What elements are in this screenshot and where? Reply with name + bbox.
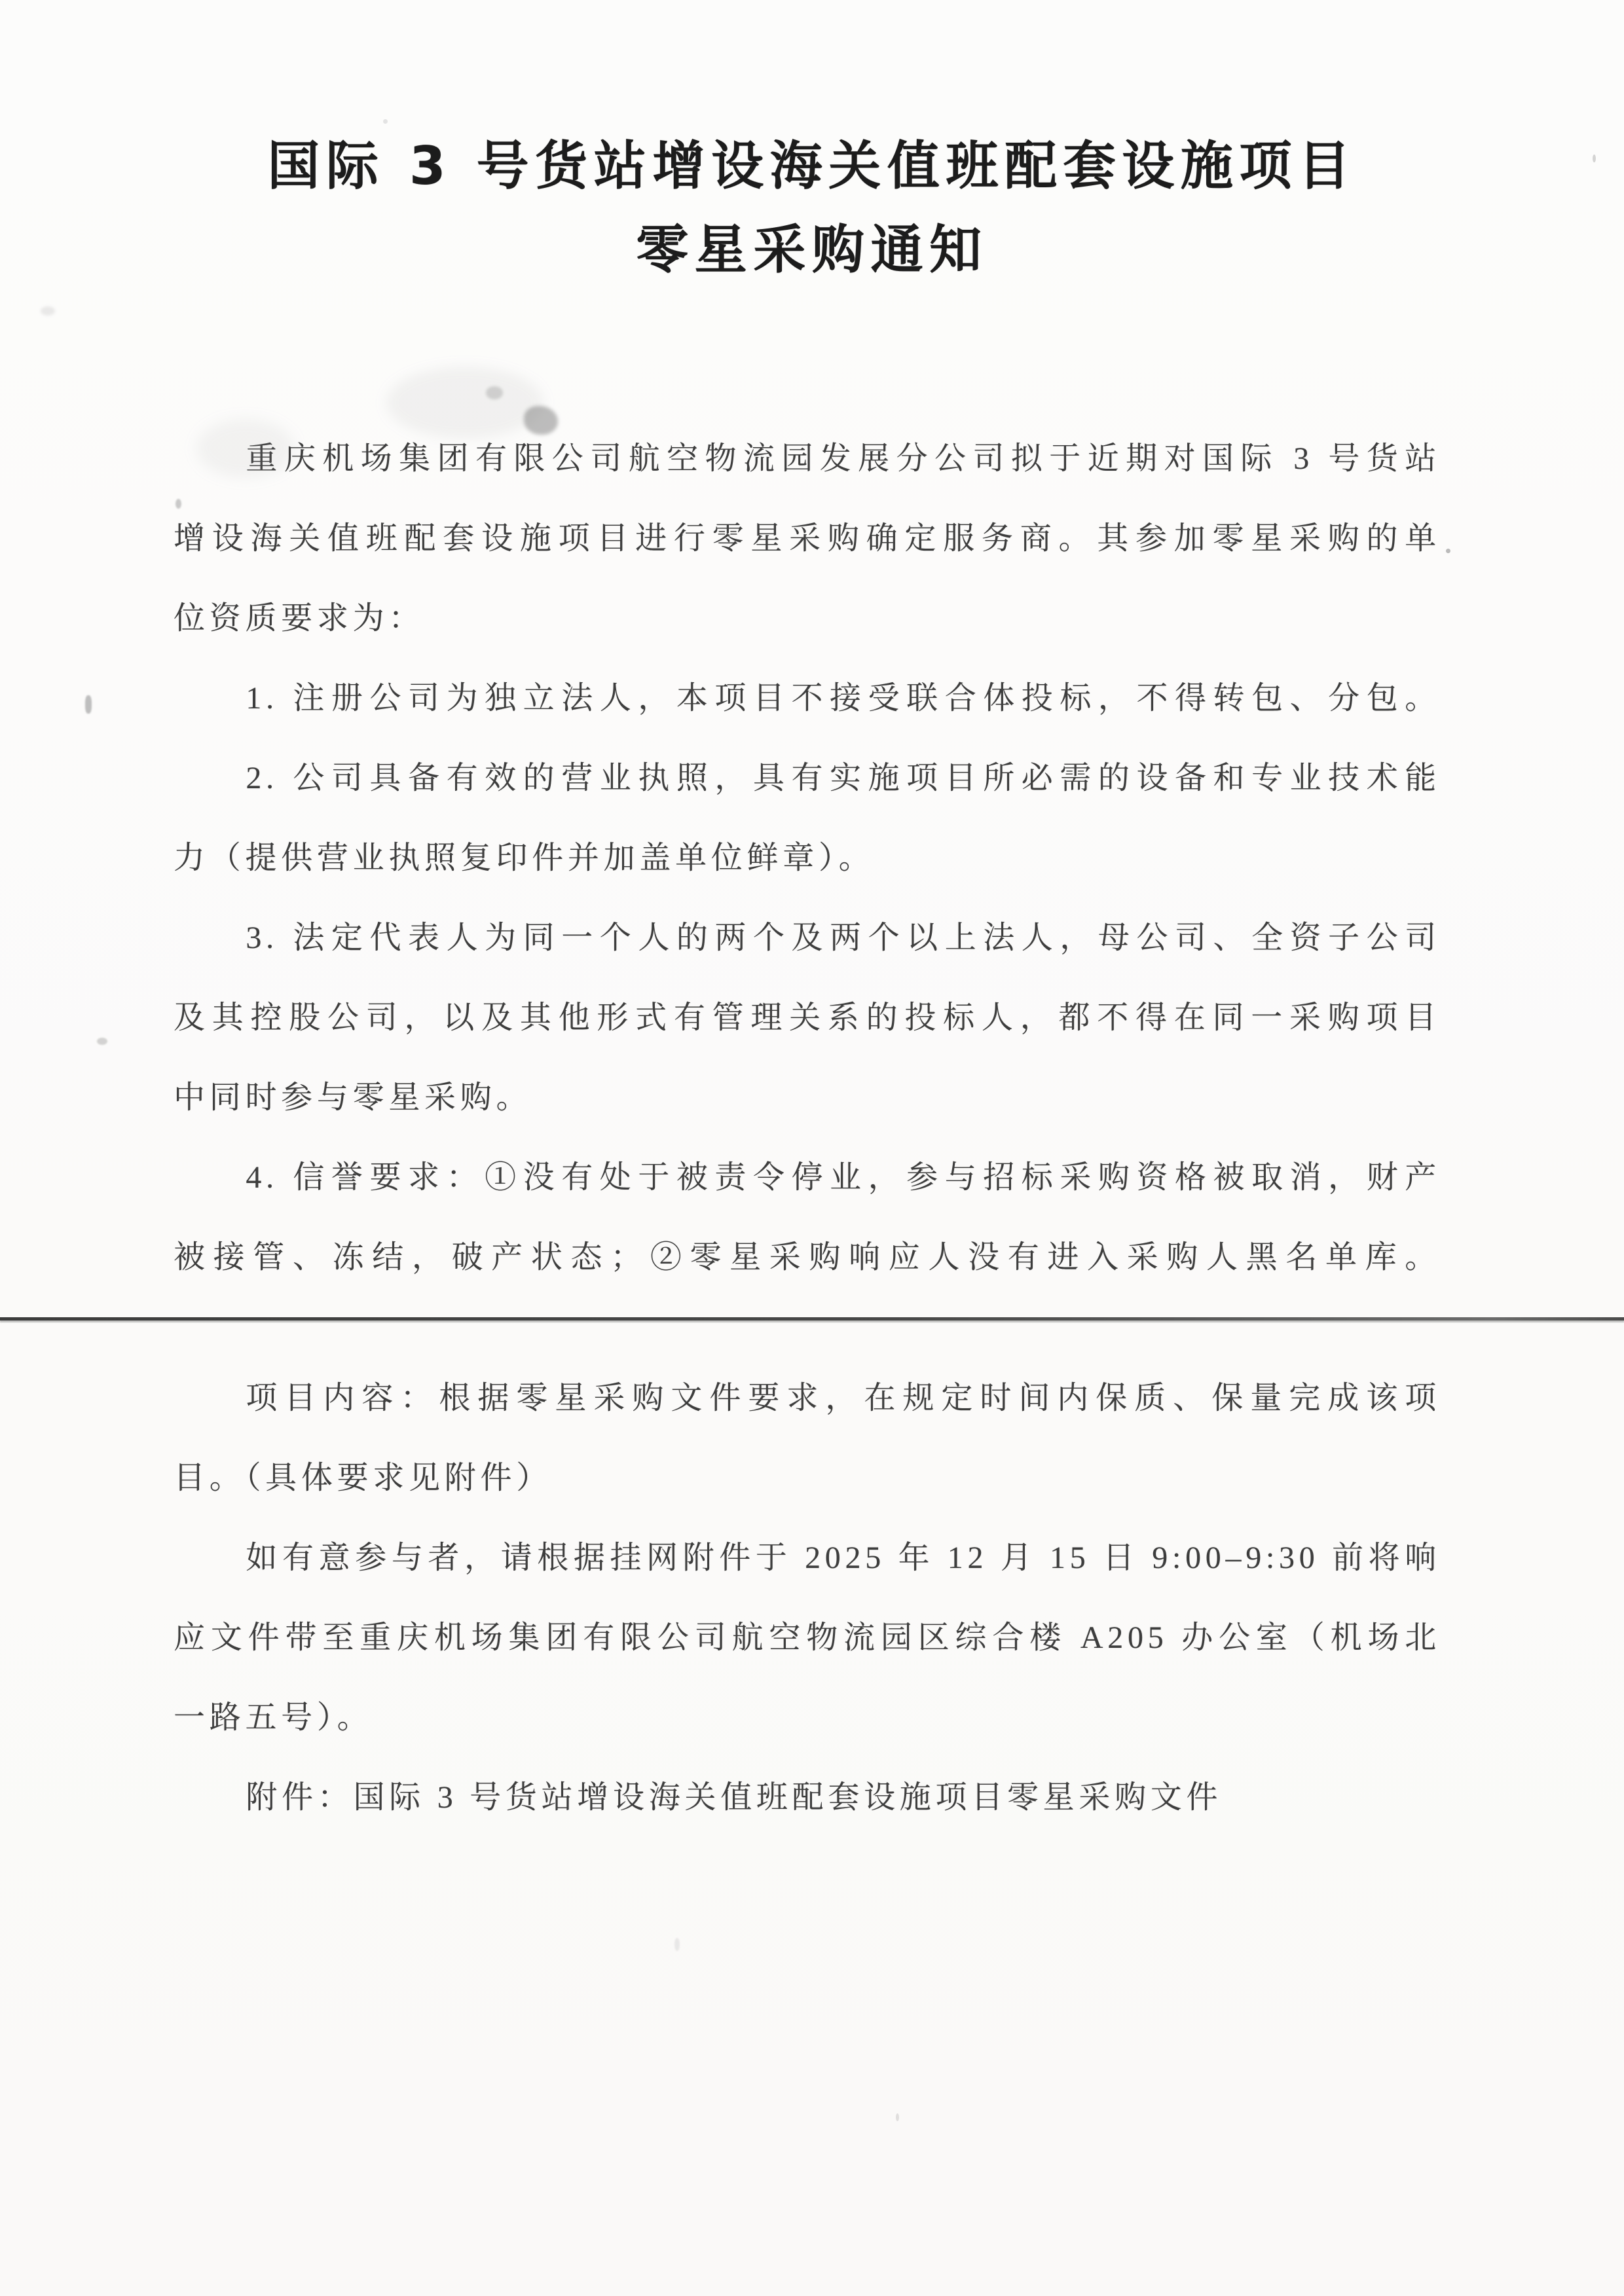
document-line: 目。（具体要求见附件）: [174, 1438, 1441, 1518]
document-line: 3. 法定代表人为同一个人的两个及两个以上法人，母公司、全资子公司: [174, 898, 1441, 978]
document-line: 中同时参与零星采购。: [174, 1058, 1441, 1138]
document-title-line2: 零星采购通知: [0, 208, 1624, 292]
document-line: 力（提供营业执照复印件并加盖单位鲜章）。: [174, 818, 1441, 898]
document-line: 应文件带至重庆机场集团有限公司航空物流园区综合楼 A205 办公室（机场北: [174, 1598, 1441, 1678]
scan-smudge: [486, 386, 503, 399]
document-line: 重庆机场集团有限公司航空物流园发展分公司拟于近期对国际 3 号货站: [174, 419, 1441, 499]
scan-speck: [41, 306, 55, 316]
document-title-line1: 国际 3 号货站增设海关值班配套设施项目: [0, 124, 1624, 208]
document-line: 附件：国际 3 号货站增设海关值班配套设施项目零星采购文件: [174, 1758, 1441, 1838]
document-line: 如有意参与者，请根据挂网附件于 2025 年 12 月 15 日 9:00–9:…: [174, 1518, 1441, 1598]
document-line: 4. 信誉要求：①没有处于被责令停业，参与招标采购资格被取消，财产: [174, 1138, 1441, 1218]
document-line: 项目内容：根据零星采购文件要求，在规定时间内保质、保量完成该项: [174, 1358, 1441, 1438]
document-line: 一路五号）。: [174, 1678, 1441, 1758]
scan-speck: [97, 1038, 107, 1045]
document-line: 增设海关值班配套设施项目进行零星采购确定服务商。其参加零星采购的单: [174, 499, 1441, 579]
scan-speck: [896, 2113, 899, 2121]
document-line: 被接管、冻结，破产状态；②零星采购响应人没有进入采购人黑名单库。: [174, 1218, 1441, 1298]
scan-speck: [1446, 549, 1450, 553]
document-body: 重庆机场集团有限公司航空物流园发展分公司拟于近期对国际 3 号货站 增设海关值班…: [174, 419, 1441, 1838]
document-line: 1. 注册公司为独立法人，本项目不接受联合体投标，不得转包、分包。: [174, 659, 1441, 738]
document-page: 国际 3 号货站增设海关值班配套设施项目 零星采购通知 重庆机场集团有限公司航空…: [0, 0, 1624, 2296]
document-line: 2. 公司具备有效的营业执照，具有实施项目所必需的设备和专业技术能: [174, 738, 1441, 818]
section-divider: [0, 1317, 1624, 1321]
scan-speck: [674, 1938, 680, 1951]
document-line: 及其控股公司，以及其他形式有管理关系的投标人，都不得在同一采购项目: [174, 978, 1441, 1058]
document-line: 位资质要求为：: [174, 579, 1441, 659]
scan-speck: [85, 695, 92, 714]
document-title: 国际 3 号货站增设海关值班配套设施项目 零星采购通知: [0, 0, 1624, 292]
